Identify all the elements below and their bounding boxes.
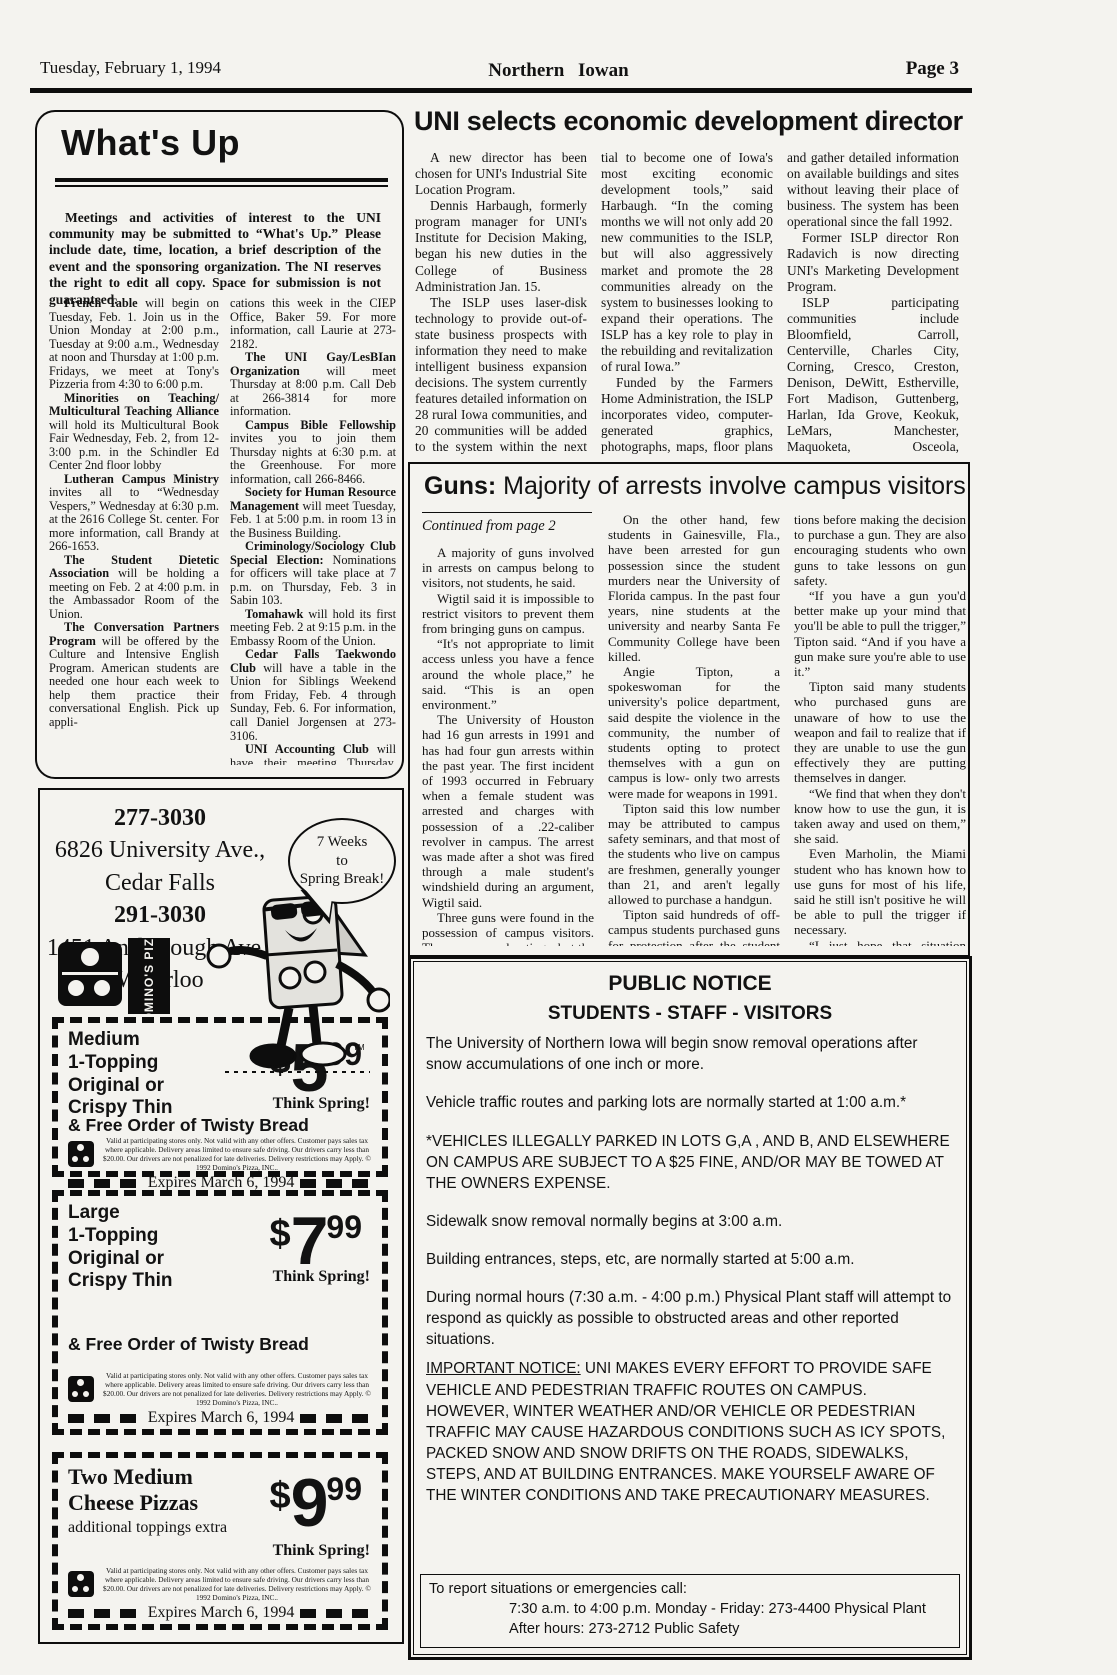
article-paragraph: “I just hope that situation would never … (794, 938, 966, 946)
article-headline: UNI selects economic development directo… (414, 106, 974, 137)
public-notice-box: PUBLIC NOTICE STUDENTS - STAFF - VISITOR… (408, 956, 972, 1660)
article-paragraph: The ISLP uses laser-disk technology to p… (415, 295, 587, 456)
article-paragraph: ISLP participating communities include B… (787, 295, 959, 456)
twisty-bread-label: & Free Order of Twisty Bread (68, 1334, 374, 1355)
think-spring-label: Think Spring! (273, 1542, 370, 1560)
notice-paragraph: The University of Northern Iowa will beg… (426, 1033, 954, 1075)
notice-paragraph: Sidewalk snow removal normally begins at… (426, 1211, 954, 1232)
notice-paragraph-list: The University of Northern Iowa will beg… (426, 1033, 954, 1358)
coupon-fine-print: Valid at participating stores only. Not … (100, 1371, 374, 1407)
event-name: Lutheran Campus Ministry (64, 472, 219, 486)
guns-column-2: On the other hand, few students in Gaine… (608, 512, 780, 946)
event-item: The UNI Gay/LesBIan Organization will me… (230, 351, 396, 419)
guns-headline-rest: Majority of arrests involve campus visit… (496, 472, 966, 500)
event-item: French Table will begin on Tuesday, Feb.… (49, 297, 219, 392)
article-paragraph: “It's not appropriate to limit access un… (422, 636, 594, 712)
report-contact-box: To report situations or emergencies call… (420, 1574, 960, 1648)
whats-up-title: What's Up (61, 122, 402, 164)
expires-row: Expires March 6, 1994 (68, 1409, 374, 1427)
article-paragraph: Three guns were found in the possession … (422, 910, 594, 946)
whats-up-box: What's Up Meetings and activities of int… (35, 110, 404, 779)
article-paragraph: Former ISLP director Ron Radavich is now… (787, 230, 959, 294)
continued-from-label: Continued from page 2 (422, 512, 592, 535)
article-column-2: tial to become one of Iowa's most exciti… (601, 150, 773, 456)
event-name: Tomahawk (245, 607, 303, 621)
phone-number-cedar-falls: 277-3030 (40, 802, 280, 834)
coupon-large-pizza: Large 1-Topping Original or Crispy Thin … (52, 1190, 388, 1435)
guns-headline: Guns: Majority of arrests involve campus… (424, 472, 966, 501)
article-paragraph: Funded by the Farmers Home Administratio… (601, 375, 773, 456)
newspaper-page: Tuesday, February 1, 1994 Northern Iowan… (0, 0, 1117, 1675)
event-name: French Table (64, 297, 138, 310)
article-paragraph: and gather detailed information on avail… (787, 150, 959, 230)
article-paragraph: tial to become one of Iowa's most exciti… (601, 150, 773, 375)
article-paragraph: “If you have a gun you'd better make up … (794, 588, 966, 679)
important-notice-lead: IMPORTANT NOTICE: (426, 1360, 581, 1377)
report-line: 7:30 a.m. to 4:00 p.m. Monday - Friday: … (509, 1599, 951, 1619)
event-item: UNI Accounting Club will have their meet… (230, 743, 396, 765)
notice-paragraph: *VEHICLES ILLEGALLY PARKED IN LOTS G,A ,… (426, 1131, 954, 1194)
domino-tile-icon (68, 1141, 94, 1167)
event-item: Tomahawk will hold its first meeting Feb… (230, 608, 396, 649)
domino-tile-icon (68, 1376, 94, 1402)
article-column-3: and gather detailed information on avail… (787, 150, 959, 456)
event-name: UNI Accounting Club (245, 742, 369, 756)
event-name: Minorities on Teaching/ Multicultural Te… (49, 391, 219, 419)
article-paragraph: Wigtil said it is impossible to restrict… (422, 591, 594, 637)
article-paragraph: A new director has been chosen for UNI's… (415, 150, 587, 198)
header-rule (30, 88, 972, 93)
report-line: To report situations or emergencies call… (429, 1579, 951, 1599)
article-paragraph: Even Marholin, the Miami student who has… (794, 846, 966, 937)
coupon-two-medium-pizzas: Two Medium Cheese Pizzas additional topp… (52, 1452, 388, 1630)
domino-tile-icon (58, 942, 122, 1006)
public-notice-subtitle: STUDENTS - STAFF - VISITORS (426, 1001, 954, 1027)
guns-headline-lead: Guns: (424, 472, 496, 500)
events-column-2: cations this week in the CIEP Office, Ba… (230, 297, 396, 765)
event-item: Cedar Falls Taekwondo Club will have a t… (230, 648, 396, 743)
event-item: Minorities on Teaching/ Multicultural Te… (49, 392, 219, 473)
event-item: The Student Dietetic Association will be… (49, 554, 219, 622)
event-item: Criminology/Sociology Club Special Elect… (230, 540, 396, 608)
article-paragraph: On the other hand, few students in Gaine… (608, 512, 780, 664)
whats-up-intro: Meetings and activities of interest to t… (49, 210, 381, 309)
domino-tile-icon (68, 1571, 94, 1597)
svg-text:TM: TM (353, 1043, 365, 1052)
guns-column-3: tions before making the decision to purc… (794, 512, 966, 946)
article-paragraph: Dennis Harbaugh, formerly program manage… (415, 198, 587, 294)
guns-article-box: Guns: Majority of arrests involve campus… (408, 462, 970, 957)
article-paragraph: Tipton said hundreds of off-campus stude… (608, 907, 780, 946)
report-line: After hours: 273-2712 Public Safety (509, 1619, 951, 1639)
notice-paragraph: Building entrances, steps, etc, are norm… (426, 1249, 954, 1270)
article-paragraph: Angie Tipton, a spokeswoman for the univ… (608, 664, 780, 801)
dollar-sign: $ (269, 1475, 290, 1517)
coupon-fine-print: Valid at participating stores only. Not … (100, 1566, 374, 1602)
article-column-1: A new director has been chosen for UNI's… (415, 150, 587, 456)
think-spring-label: Think Spring! (273, 1095, 370, 1113)
guns-column-1: Continued from page 2 A majority of guns… (422, 512, 594, 946)
title-rule (55, 178, 388, 187)
article-paragraph: tions before making the decision to purc… (794, 512, 966, 588)
notice-paragraph: During normal hours (7:30 a.m. - 4:00 p.… (426, 1287, 954, 1350)
page-number: Page 3 (906, 58, 959, 80)
notice-paragraph: Vehicle traffic routes and parking lots … (426, 1092, 954, 1113)
event-item: Campus Bible Fellowship invites you to j… (230, 419, 396, 487)
event-item: Lutheran Campus Ministry invites all to … (49, 473, 219, 554)
think-spring-label: Think Spring! (273, 1268, 370, 1286)
dollar-sign: $ (269, 1213, 290, 1255)
article-paragraph: The University of Houston had 16 gun arr… (422, 712, 594, 910)
events-column-1: French Table will begin on Tuesday, Feb.… (49, 297, 219, 765)
expires-label: Expires March 6, 1994 (148, 1409, 295, 1427)
article-paragraph: Tipton said this low number may be attri… (608, 801, 780, 907)
coupon-price: $999 (269, 1464, 362, 1542)
dominos-logo-icon: DOMINO'S PIZZA (58, 938, 170, 1014)
article-paragraph: A majority of guns involved in arrests o… (422, 545, 594, 591)
event-item: The Conversation Partners Program will b… (49, 621, 219, 729)
dominos-ad: 277-3030 6826 University Ave., Cedar Fal… (38, 788, 404, 1644)
article-paragraph: Tipton said many students who purchased … (794, 679, 966, 785)
event-name: Campus Bible Fellowship (245, 418, 396, 432)
article-paragraph: “We find that when they don't know how t… (794, 786, 966, 847)
event-item: cations this week in the CIEP Office, Ba… (230, 297, 396, 351)
event-item: Society for Human Resource Management wi… (230, 486, 396, 540)
expires-row: Expires March 6, 1994 (68, 1604, 374, 1622)
dominos-wordmark: DOMINO'S PIZZA (128, 938, 170, 1014)
expires-label: Expires March 6, 1994 (148, 1604, 295, 1622)
public-notice-title: PUBLIC NOTICE (426, 970, 954, 999)
public-notice-content: PUBLIC NOTICE STUDENTS - STAFF - VISITOR… (413, 961, 967, 1655)
important-notice-paragraph: IMPORTANT NOTICE: UNI MAKES EVERY EFFORT… (426, 1358, 954, 1506)
coupon-fine-print: Valid at participating stores only. Not … (100, 1136, 374, 1172)
